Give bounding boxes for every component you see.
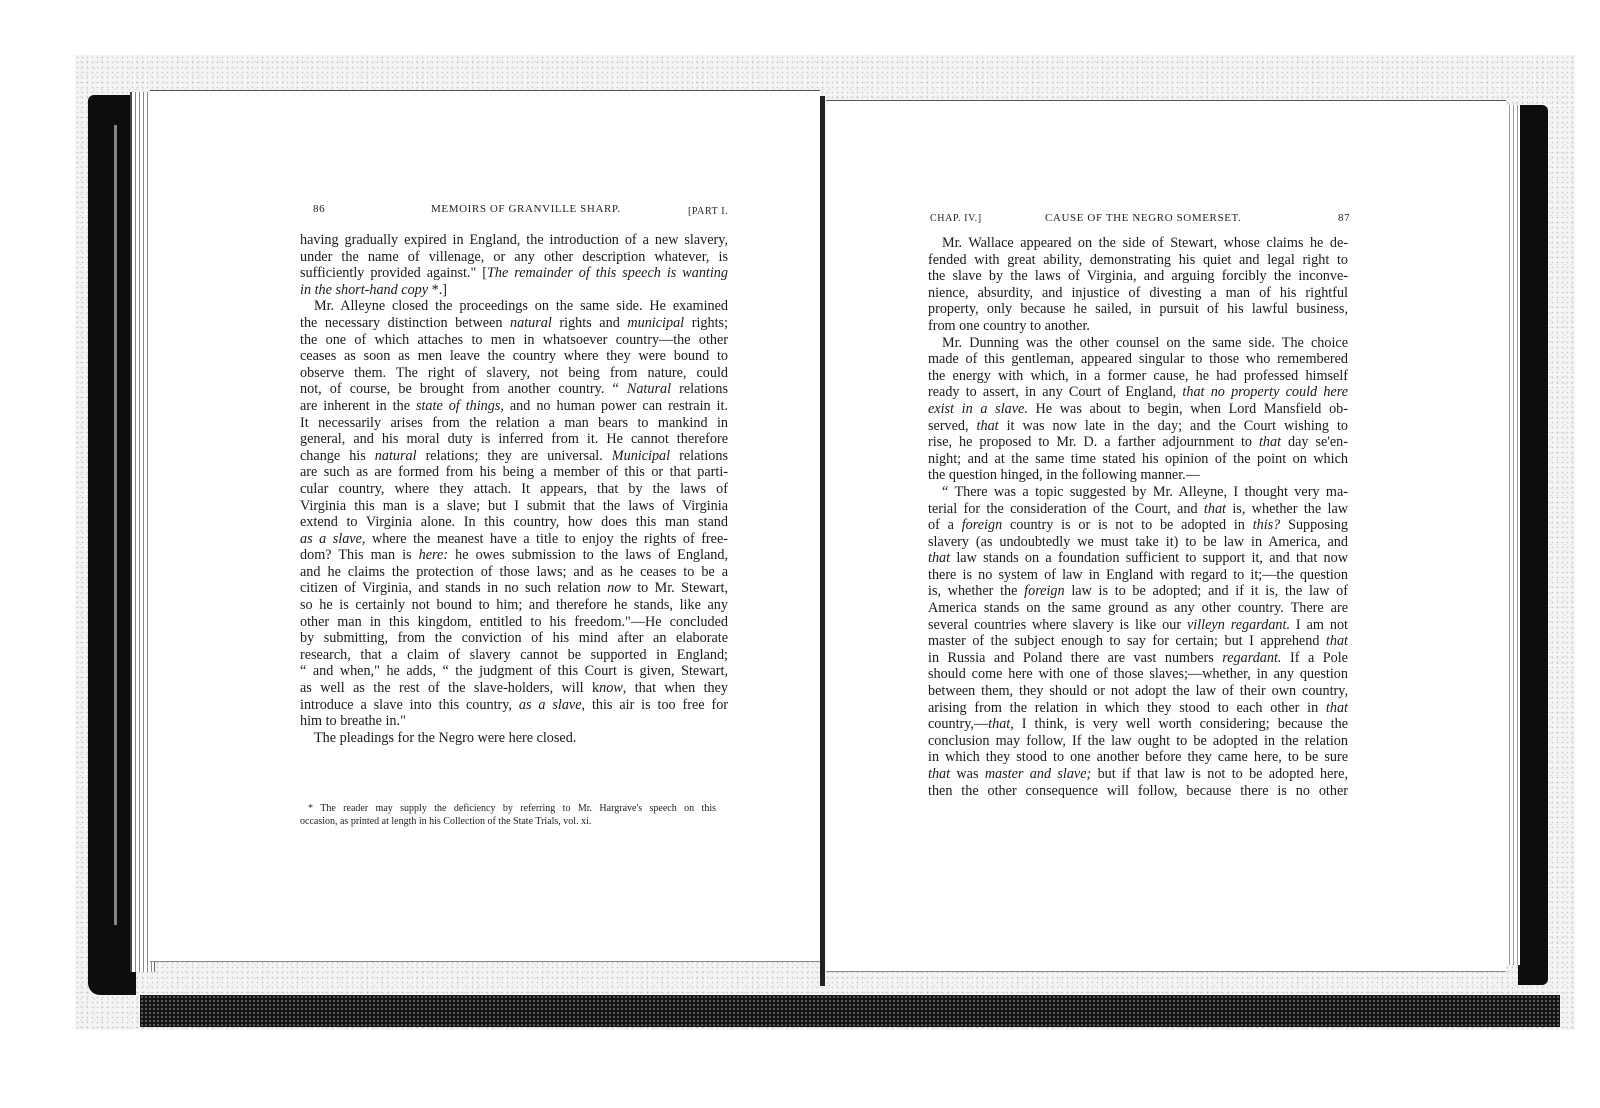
- text-line: as well as the rest of the slave-holders…: [300, 680, 728, 697]
- text-line: between them, they should or not adopt t…: [928, 683, 1348, 700]
- text-line: cular country, where they attach. It app…: [300, 481, 728, 498]
- text-line: Mr. Dunning was the other counsel on the…: [928, 335, 1348, 352]
- text-line: “ There was a topic suggested by Mr. All…: [928, 484, 1348, 501]
- text-line: America stands on the same ground as any…: [928, 600, 1348, 617]
- text-line: research, that a claim of slavery cannot…: [300, 647, 728, 664]
- text-line: sufficiently provided against." [The rem…: [300, 265, 728, 282]
- text-line: the energy with which, in a former cause…: [928, 368, 1348, 385]
- footnote-line: occasion, as printed at length in his Co…: [300, 815, 716, 828]
- text-line: of a foreign country is or is not to be …: [928, 517, 1348, 534]
- text-line: in Russia and Poland there are vast numb…: [928, 650, 1348, 667]
- text-line: that was master and slave; but if that l…: [928, 766, 1348, 783]
- text-line: that law stands on a foundation sufficie…: [928, 550, 1348, 567]
- footnote: * The reader may supply the deficiency b…: [300, 802, 716, 828]
- text-line: under the name of villenage, or any othe…: [300, 249, 728, 266]
- text-line: several countries where slavery is like …: [928, 617, 1348, 634]
- text-line: conclusion may follow, If the law ought …: [928, 733, 1348, 750]
- text-line: rise, he proposed to Mr. D. a farther ad…: [928, 434, 1348, 451]
- text-line: made of this gentleman, appeared singula…: [928, 351, 1348, 368]
- text-line: should come here with one of those slave…: [928, 666, 1348, 683]
- text-line: the question hinged, in the following ma…: [928, 467, 1348, 484]
- text-line: arising from the relation in which they …: [928, 700, 1348, 717]
- text-line: dom? This man is here: he owes submissio…: [300, 547, 728, 564]
- text-line: ready to assert, in any Court of England…: [928, 384, 1348, 401]
- text-line: ceases as soon as men leave the country …: [300, 348, 728, 365]
- footnote-line: * The reader may supply the deficiency b…: [300, 802, 716, 815]
- text-line: is, whether the foreign law is to be ado…: [928, 583, 1348, 600]
- text-line: as a slave, where the meanest have a tit…: [300, 531, 728, 548]
- text-line: by submitting, from the conviction of hi…: [300, 630, 728, 647]
- text-line: master of the subject enough to say for …: [928, 633, 1348, 650]
- part-label: [PART I.: [688, 206, 728, 217]
- text-line: Mr. Alleyne closed the proceedings on th…: [300, 298, 728, 315]
- book-bottom-shadow: [140, 995, 1560, 1027]
- text-line: citizen of Virginia, and stands in no su…: [300, 580, 728, 597]
- text-line: the slave by the laws of Virginia, and a…: [928, 268, 1348, 285]
- text-line: introduce a slave into this country, as …: [300, 697, 728, 714]
- text-line: in the short-hand copy *.]: [300, 282, 728, 299]
- text-line: property, only because he sailed, in pur…: [928, 301, 1348, 318]
- text-line: then the other consequence will follow, …: [928, 783, 1348, 800]
- book-cover-left: [88, 95, 136, 995]
- text-line: observe them. The right of slavery, not …: [300, 365, 728, 382]
- text-line: Virginia this man is a slave; but I subm…: [300, 498, 728, 515]
- text-line: night; and at the same time stated his o…: [928, 451, 1348, 468]
- text-line: terial for the consideration of the Cour…: [928, 501, 1348, 518]
- text-line: nience, absurdity, and injustice of dive…: [928, 285, 1348, 302]
- running-title: CAUSE OF THE NEGRO SOMERSET.: [1045, 212, 1241, 224]
- text-line: Mr. Wallace appeared on the side of Stew…: [928, 235, 1348, 252]
- page-edges-right: [1505, 105, 1520, 965]
- text-line: “ and when," he adds, “ the judgment of …: [300, 663, 728, 680]
- text-line: country,—that, I think, is very well wor…: [928, 716, 1348, 733]
- running-title: MEMOIRS OF GRANVILLE SHARP.: [431, 203, 621, 215]
- text-line: fended with great ability, demonstrating…: [928, 252, 1348, 269]
- text-line: served, that it was now late in the day;…: [928, 418, 1348, 435]
- text-line: from one country to another.: [928, 318, 1348, 335]
- left-page-body: having gradually expired in England, the…: [300, 232, 728, 746]
- text-line: slavery (as undoubtedly we must take it)…: [928, 534, 1348, 551]
- text-line: and he claims the protection of those la…: [300, 564, 728, 581]
- right-page-body: Mr. Wallace appeared on the side of Stew…: [928, 235, 1348, 799]
- chapter-label: CHAP. IV.]: [930, 213, 982, 224]
- text-line: the necessary distinction between natura…: [300, 315, 728, 332]
- text-line: in which they stood to one another befor…: [928, 749, 1348, 766]
- text-line: other man in this kingdom, entitled to h…: [300, 614, 728, 631]
- text-line: extend to Virginia alone. In this countr…: [300, 514, 728, 531]
- text-line: the one of which attaches to men in what…: [300, 332, 728, 349]
- text-line: him to breathe in.": [300, 713, 728, 730]
- text-line: The pleadings for the Negro were here cl…: [300, 730, 728, 747]
- text-line: having gradually expired in England, the…: [300, 232, 728, 249]
- text-line: change his natural relations; they are u…: [300, 448, 728, 465]
- text-line: are such as are formed from his being a …: [300, 464, 728, 481]
- page-number: 87: [1338, 212, 1350, 224]
- text-line: so he is certainly not bound to him; and…: [300, 597, 728, 614]
- book-cover-right: [1518, 105, 1548, 985]
- left-running-head: 86 MEMOIRS OF GRANVILLE SHARP. [PART I.: [313, 203, 733, 219]
- text-line: It necessarily arises from the relation …: [300, 415, 728, 432]
- text-line: are inherent in the state of things, and…: [300, 398, 728, 415]
- right-running-head: CHAP. IV.] CAUSE OF THE NEGRO SOMERSET. …: [930, 212, 1350, 228]
- book-gutter: [820, 96, 825, 986]
- text-line: not, of course, be brought from another …: [300, 381, 728, 398]
- page-number: 86: [313, 203, 325, 215]
- text-line: exist in a slave. He was about to begin,…: [928, 401, 1348, 418]
- text-line: general, and his moral duty is inferred …: [300, 431, 728, 448]
- text-line: there is no system of law in England wit…: [928, 567, 1348, 584]
